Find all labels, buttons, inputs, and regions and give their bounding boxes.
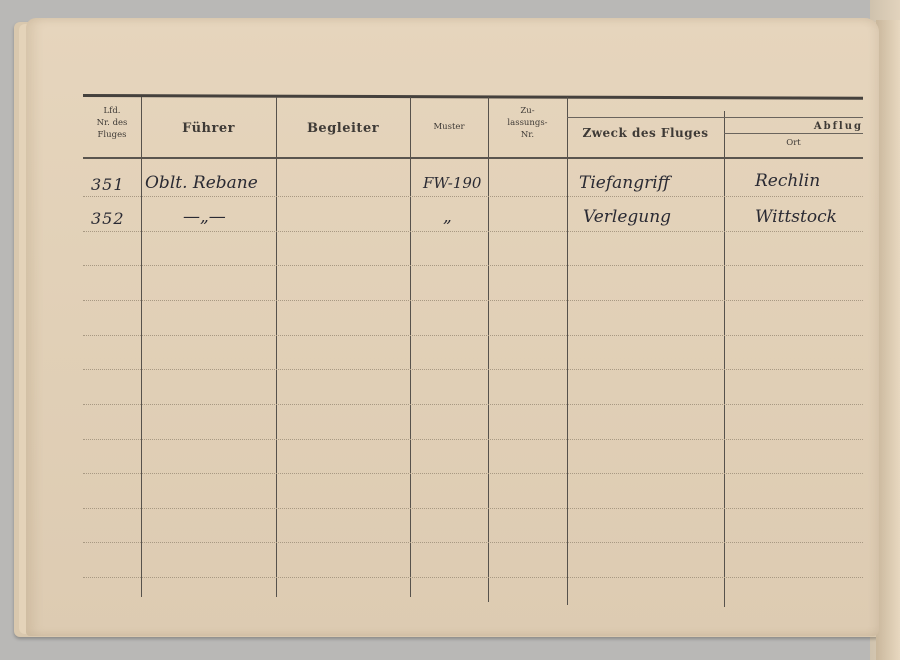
column-divider [567,97,568,605]
header-departure: Abflug [783,121,863,132]
next-page-edge [876,20,900,660]
row-line [83,369,863,371]
header-subline [724,133,863,134]
header-companion: Begleiter [276,121,410,136]
header-line: Zu- [488,105,567,117]
entry-place: Rechlin [755,171,820,191]
row-line [83,300,863,302]
row-line [83,508,863,510]
entry-pilot: —„— [183,207,226,227]
header-departure-place: Ort [724,137,863,149]
entry-pilot: Oblt. Rebane [145,173,258,193]
entry-type: FW-190 [423,174,481,192]
row-line [83,542,863,544]
logbook-table: Lfd. Nr. des Fluges Führer Begleiter Mus… [83,97,863,597]
header-line: Lfd. [83,105,141,117]
header-line: Nr. des [83,117,141,129]
entry-flight-no: 352 [91,209,125,228]
header-pilot: Führer [141,121,276,136]
column-divider [724,111,725,607]
column-divider [410,97,411,597]
column-divider [141,97,142,597]
header-purpose: Zweck des Fluges [567,126,724,140]
entry-place: Wittstock [755,207,837,227]
row-line [83,335,863,337]
header-line: Fluges [83,129,141,141]
header-subline [567,117,863,118]
row-line [83,265,863,267]
entry-type: „ [443,207,452,227]
row-line [83,439,863,441]
row-line [83,404,863,406]
row-line [83,577,863,579]
row-line [83,231,863,233]
entry-flight-no: 351 [91,175,125,194]
header-registration: Zu- lassungs- Nr. [488,105,567,141]
header-type: Muster [410,121,488,133]
row-line [83,473,863,475]
entry-purpose: Tiefangriff [579,173,670,193]
row-line [83,196,863,198]
header-flight-no: Lfd. Nr. des Fluges [83,105,141,141]
column-divider [488,97,489,602]
header-bottom-rule [83,157,863,159]
column-divider [276,97,277,597]
header-line: lassungs- [488,117,567,129]
entry-purpose: Verlegung [583,207,671,227]
header-line: Nr. [488,129,567,141]
